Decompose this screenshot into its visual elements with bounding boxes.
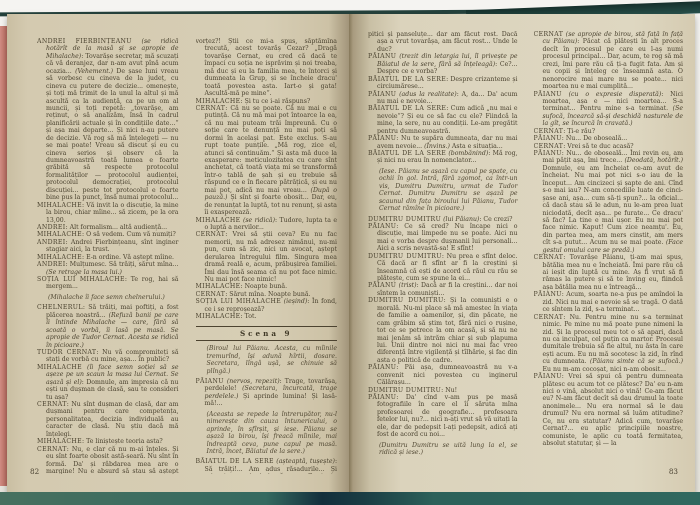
scene-heading: Scena 9 [196, 326, 338, 342]
speaker-name: CERNAT [37, 446, 67, 453]
dialogue-line: ANDREI FIERBINȚEANU (se ridică hotărît d… [37, 38, 179, 202]
dialogue-line: CERNAT: Nu, e clar că nu m-ai înțeles. Ș… [37, 446, 179, 474]
dialogue-line: MIHALACHE (se ridică): Tudore, lupta ta … [196, 217, 338, 232]
dialogue-line: PĂIANU (trezit din letargia lui, îl priv… [368, 53, 518, 75]
speaker-name: CERNAT [37, 401, 67, 408]
speaker-name: SOȚIA LUI MIHALACHE [37, 276, 125, 283]
speaker-name: MIHALACHE [37, 231, 82, 238]
dialogue-line: CERNAT: Vrei să știi ceva? Eu nu fac mem… [196, 231, 338, 283]
speaker-name: CERNAT [534, 31, 564, 38]
speaker-name: MIHALACHE [196, 217, 241, 224]
dialogue-line: CERNAT: Nu sînt dușman de clasă, dar am … [37, 401, 179, 438]
stage-direction: (Mihalache îi face semn chelnerului.) [48, 294, 179, 301]
dialogue-line: MIHALACHE: O să vedem. Cum vă numiți? [37, 231, 179, 238]
speaker-name: MIHALACHE [196, 283, 241, 290]
dialogue-line: CERNAT: Ți-e rău? [534, 128, 684, 135]
stage-direction: (Biroul lui Păianu. Acesta, cu mîinile t… [207, 345, 338, 375]
speaker-name: PĂIANU [368, 394, 396, 401]
dialogue-line: ANDREI: Alt formalism... altă audiență..… [37, 224, 179, 231]
dialogue-line: MIHALACHE: Noapte bună. [196, 283, 338, 290]
open-book-spread: ANDREI FIERBINȚEANU (se ridică hotărît d… [7, 14, 695, 493]
speaker-name: PĂIANU [368, 135, 396, 142]
speaker-name: PĂIANU [196, 378, 224, 385]
left-page-column-2: vorțez?! Știi ce mi-a spus, săptămîna tr… [196, 38, 338, 474]
dialogue-line: DUMITRU DUMITRU: Și la comuniști e o mor… [368, 297, 518, 364]
dialogue-line: PĂIANU (cu o expresie disperată): Nici m… [534, 91, 684, 128]
speaker-name: CERNAT [534, 128, 564, 135]
dialogue-line: CERNAT: Sărut mîna. Noapte bună. [196, 291, 338, 298]
dialogue-line: CERNAT: Nu. Pentru mine nu s-a terminat … [534, 314, 684, 374]
speaker-name: BĂIATUL DE LA SERE [368, 150, 446, 157]
speaker-name: PĂIANU [534, 150, 562, 157]
speaker-name: ANDREI FIERBINȚEANU [37, 38, 132, 45]
speaker-name: PĂIANU [534, 291, 562, 298]
speaker-name: DUMITRU DUMITRU [368, 253, 442, 260]
left-page-text-area: ANDREI FIERBINȚEANU (se ridică hotărît d… [7, 14, 349, 474]
left-page: ANDREI FIERBINȚEANU (se ridică hotărît d… [7, 14, 349, 493]
speaker-name: PĂIANU [534, 135, 562, 142]
dialogue-line: CERNAT: Tovarășe Păianu, ți-am mai spus,… [534, 254, 684, 291]
dialogue-line: PĂIANU: Ce să cred? Nu încape nici o dis… [368, 223, 518, 253]
speaker-name: BĂIATUL DE LA SERE [368, 76, 446, 83]
speaker-name: PĂIANU [368, 223, 396, 230]
dialogue-line: BĂIATUL DE LA SERE: Cum adică „nu mai e … [368, 105, 518, 135]
dialogue-line: SOȚIA LUI MIHALACHE: Te rog, hai să merg… [37, 276, 179, 291]
dialogue-line: TUDOR CERNAT: Nu vă compromiteți să staț… [37, 349, 179, 364]
speaker-name: TUDOR CERNAT [37, 349, 96, 356]
dialogue-line: MIHALACHE: Te liniștește teoria asta? [37, 438, 179, 445]
dialogue-line: CHELNERUL: Să trăiți, mai poftiți, a fos… [37, 304, 179, 349]
dialogue-line: PĂIANU: Nu... De oboseală... [534, 135, 684, 142]
dialogue-line: ANDREI: Mulțumesc. Să trăiți, sărut mîna… [37, 261, 179, 276]
dialogue-line: PĂIANU: Da' cînd v-am pus pe masă fotogr… [368, 394, 518, 439]
speaker-name: PĂIANU [534, 373, 562, 380]
speaker-name: PĂIANU [368, 91, 396, 98]
left-page-column-1: ANDREI FIERBINȚEANU (se ridică hotărît d… [37, 38, 179, 474]
right-page-column-1: pitici și panseluțe... dar am făcut rost… [368, 31, 518, 467]
dialogue-line: DUMITRU DUMITRU: Nu! [368, 387, 518, 394]
speaker-name: BĂIATUL DE LA SERE [368, 105, 446, 112]
dialogue-line: CERNAT (se apropie de birou, stă față în… [534, 31, 684, 91]
speaker-name: ANDREI [37, 239, 66, 246]
dialogue-line: CERNAT: Vrei să te duc acasă? [534, 143, 684, 150]
stage-direction: (Iese. Păianu se așază cu capul pe spate… [379, 168, 518, 213]
dialogue-line: ANDREI: Andrei Fierbințeanu, sînt ingine… [37, 239, 179, 254]
speaker-name: DUMITRU DUMITRU [368, 216, 441, 223]
dialogue-line: MIHALACHE: Vă invit la o discuție, la mi… [37, 202, 179, 224]
speaker-name: MIHALACHE [37, 202, 82, 209]
speaker-name: DUMITRU DUMITRU [368, 387, 441, 394]
speaker-name: MIHALACHE [37, 254, 82, 261]
dialogue-line: BĂIATUL DE LA SERE: Despre crizanteme și… [368, 76, 518, 91]
dialogue-line: BĂIATUL DE LA SERE (bombănind): Mă rog, … [368, 150, 518, 165]
book-scan: ANDREI FIERBINȚEANU (se ridică hotărît d… [0, 0, 700, 505]
speaker-name: CHELNERUL [37, 304, 83, 311]
speaker-name: CERNAT [534, 143, 564, 150]
table-surface [0, 492, 700, 505]
stage-direction: (Dumitru Dumitru se uită lung la el, se … [379, 442, 518, 457]
speaker-name: PĂIANU [368, 53, 396, 60]
dialogue-continuation: pitici și panseluțe... dar am făcut rost… [368, 31, 518, 53]
page-number-right: 83 [669, 467, 678, 476]
right-page-text-area: pitici și panseluțe... dar am făcut rost… [353, 14, 695, 467]
stage-direction: (Aceasta se repede la întrerupător, nu-l… [207, 411, 338, 456]
dialogue-line: MIHALACHE: Tot. [196, 313, 338, 320]
dialogue-line: PĂIANU: Nu te supăra dumneata, dar nu ma… [368, 135, 518, 150]
speaker-name: PĂIANU [534, 91, 562, 98]
dialogue-line: MIHALACHE: Și tu ce i-ai răspuns? [196, 98, 338, 105]
red-page-edge [0, 26, 7, 486]
dialogue-line: DUMITRU DUMITRU: Nu prea e sfînt deloc. … [368, 253, 518, 283]
speaker-name: SOȚIA LUI MIHALACHE [196, 298, 282, 305]
dialogue-line: SOȚIA LUI MIHALACHE (ieșind): În fond, c… [196, 298, 338, 313]
speaker-name: CERNAT [196, 105, 226, 112]
dialogue-line: MIHALACHE: E-n ordine. Vă aștept mîine. [37, 254, 179, 261]
dialogue-line: PĂIANU (trist): Dacă ar fi la creștini..… [368, 282, 518, 297]
speaker-name: PĂIANU [368, 282, 396, 289]
dialogue-line: DUMITRU DUMITRU (lui Păianu): Ce crezi? [368, 216, 518, 223]
dialogue-line: PĂIANU: Nu... de oboseală... Îmi revin e… [534, 150, 684, 254]
speaker-name: ANDREI [37, 224, 66, 231]
dialogue-line: BĂIATUL DE LA SERE (așteaptă, tușește): … [196, 458, 338, 474]
dialogue-line: PĂIANU: Păi așa, dumneavoastră nu v-a co… [368, 364, 518, 386]
speaker-name: CERNAT [196, 291, 226, 298]
dialogue-line: PĂIANU: Vrei să spui că pentru dumneata … [534, 373, 684, 447]
speaker-name: CERNAT [534, 254, 564, 261]
dialogue-line: CERNAT: Că nu se poate. Că nu mai e cu p… [196, 105, 338, 217]
right-page-column-2: CERNAT (se apropie de birou, stă față în… [534, 31, 684, 467]
speaker-name: MIHALACHE [37, 438, 82, 445]
speaker-name: PĂIANU [368, 364, 396, 371]
dialogue-line: PĂIANU (adus la realitate): A, da... Da'… [368, 91, 518, 106]
dialogue-continuation: vorțez?! Știi ce mi-a spus, săptămîna tr… [196, 38, 338, 98]
page-number-left: 82 [30, 467, 39, 476]
dialogue-line: PĂIANU: Acum, soarta ne-a pus pe amîndoi… [534, 291, 684, 313]
speaker-name: ANDREI [37, 261, 66, 268]
speaker-name: CERNAT [196, 231, 226, 238]
speaker-name: BĂIATUL DE LA SERE [196, 458, 274, 465]
dialogue-line: MIHALACHE (îi face semn soției să se așe… [37, 364, 179, 401]
speaker-name: MIHALACHE [37, 364, 82, 371]
right-page: pitici și panseluțe... dar am făcut rost… [353, 14, 695, 493]
speaker-name: DUMITRU DUMITRU [368, 297, 444, 304]
speaker-name: MIHALACHE [196, 313, 241, 320]
speaker-name: CERNAT [534, 314, 564, 321]
speaker-name: MIHALACHE [196, 98, 241, 105]
dialogue-line: PĂIANU (nervos, repezit): Trage, tovarăș… [196, 378, 338, 408]
